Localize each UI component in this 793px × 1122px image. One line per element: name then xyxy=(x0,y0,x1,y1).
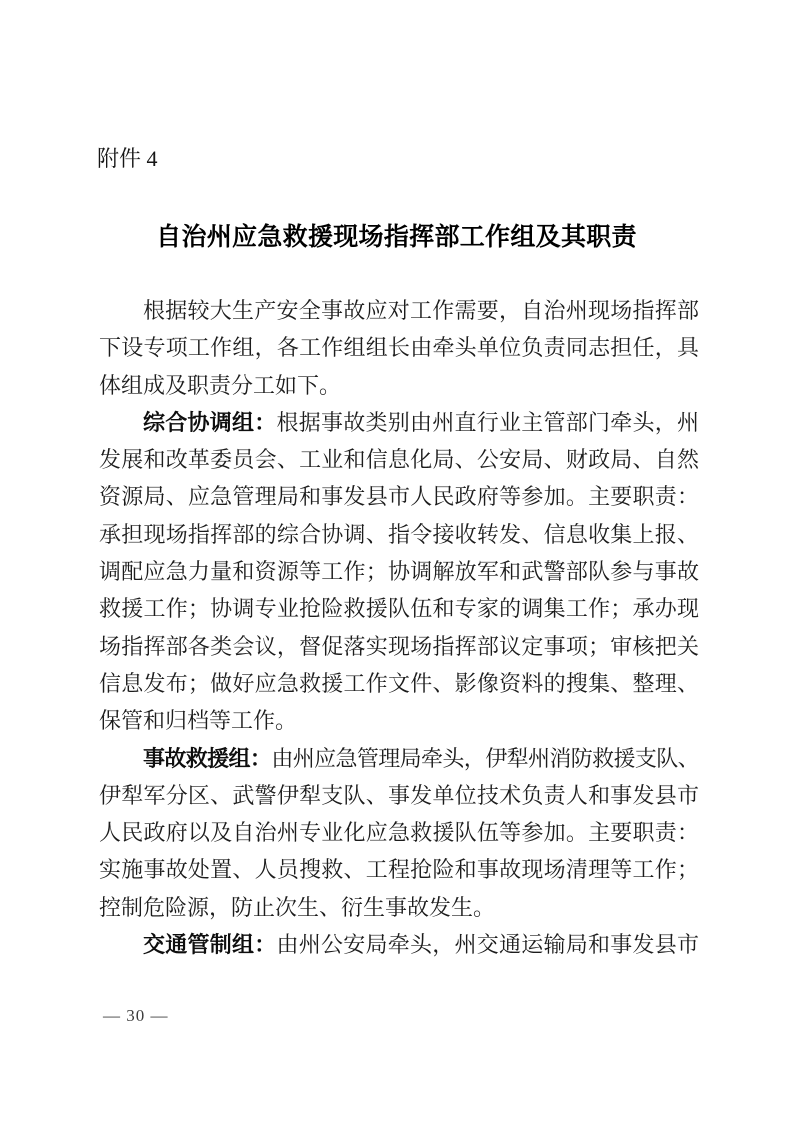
document-page: 附件 4 自治州应急救援现场指挥部工作组及其职责 根据较大生产安全事故应对工作需… xyxy=(0,0,793,1122)
body-line: 体组成及职责分工如下。 xyxy=(99,367,699,404)
body-line: 场指挥部各类会议，督促落实现场指挥部议定事项；审核把关 xyxy=(99,628,699,665)
body-line: 资源局、应急管理局和事发县市人民政府等参加。主要职责： xyxy=(99,478,699,515)
para-comprehensive-coordination-group: 综合协调组：根据事故类别由州直行业主管部门牵头，州 发展和改革委员会、工业和信息… xyxy=(99,404,699,740)
group-name-label: 交通管制组： xyxy=(143,932,277,957)
para-intro: 根据较大生产安全事故应对工作需要，自治州现场指挥部 下设专项工作组，各工作组组长… xyxy=(99,292,699,404)
body-line: 伊犁军分区、武警伊犁支队、事发单位技术负责人和事发县市 xyxy=(99,777,699,814)
body-line-text: 根据事故类别由州直行业主管部门牵头，州 xyxy=(277,410,699,435)
body-line: 发展和改革委员会、工业和信息化局、公安局、财政局、自然 xyxy=(99,441,699,478)
para-traffic-control-group: 交通管制组：由州公安局牵头，州交通运输局和事发县市 xyxy=(99,926,699,963)
body-line: 根据较大生产安全事故应对工作需要，自治州现场指挥部 xyxy=(99,292,699,329)
body-line: 实施事故处置、人员搜救、工程抢险和事故现场清理等工作； xyxy=(99,851,699,888)
group-name-label: 事故救援组： xyxy=(143,746,271,771)
body-line: 信息发布；做好应急救援工作文件、影像资料的搜集、整理、 xyxy=(99,665,699,702)
body-line-text: 由州公安局牵头，州交通运输局和事发县市 xyxy=(277,932,699,957)
body-line: 下设专项工作组，各工作组组长由牵头单位负责同志担任，具 xyxy=(99,329,699,366)
attachment-label: 附件 4 xyxy=(97,143,158,175)
document-title: 自治州应急救援现场指挥部工作组及其职责 xyxy=(0,217,793,253)
body-line: 综合协调组：根据事故类别由州直行业主管部门牵头，州 xyxy=(99,404,699,441)
body-line-text: 由州应急管理局牵头，伊犁州消防救援支队、 xyxy=(271,746,699,771)
document-body: 根据较大生产安全事故应对工作需要，自治州现场指挥部 下设专项工作组，各工作组组长… xyxy=(99,292,699,963)
body-line: 救援工作；协调专业抢险救援队伍和专家的调集工作；承办现 xyxy=(99,590,699,627)
group-name-label: 综合协调组： xyxy=(143,410,277,435)
body-line: 保管和归档等工作。 xyxy=(99,702,699,739)
page-number: — 30 — xyxy=(103,1004,169,1028)
body-line: 交通管制组：由州公安局牵头，州交通运输局和事发县市 xyxy=(99,926,699,963)
body-line: 事故救援组：由州应急管理局牵头，伊犁州消防救援支队、 xyxy=(99,740,699,777)
body-line: 调配应急力量和资源等工作；协调解放军和武警部队参与事故 xyxy=(99,553,699,590)
body-line: 人民政府以及自治州专业化应急救援队伍等参加。主要职责： xyxy=(99,814,699,851)
body-line: 控制危险源，防止次生、衍生事故发生。 xyxy=(99,889,699,926)
body-line: 承担现场指挥部的综合协调、指令接收转发、信息收集上报、 xyxy=(99,516,699,553)
para-accident-rescue-group: 事故救援组：由州应急管理局牵头，伊犁州消防救援支队、 伊犁军分区、武警伊犁支队、… xyxy=(99,740,699,926)
